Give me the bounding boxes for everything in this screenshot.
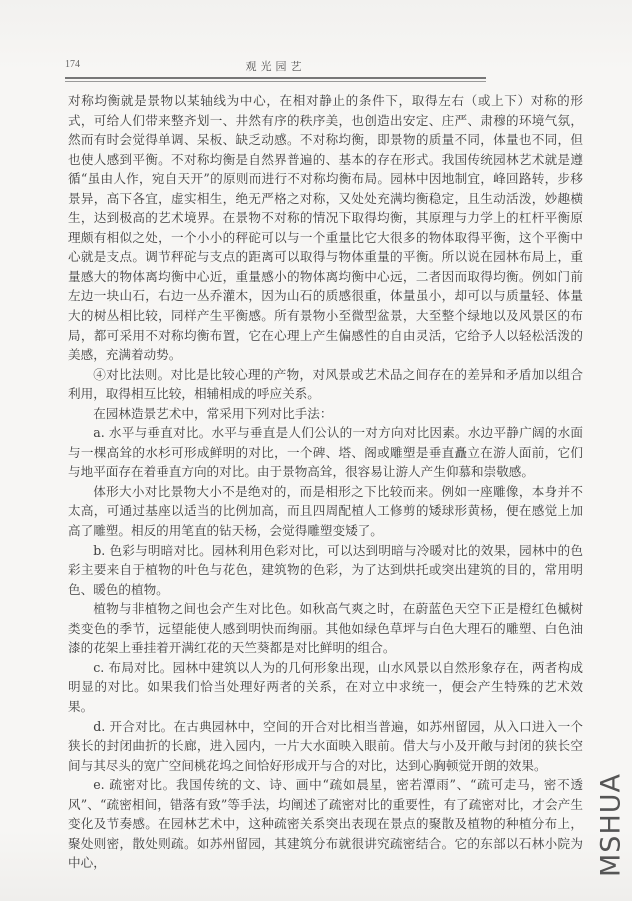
paragraph: 体形大小对比景物大小不是绝对的，而是相形之下比较而来。例如一座雕像，本身并不太高… xyxy=(68,482,583,541)
paragraph: 对称均衡就是景物以某轴线为中心，在相对静止的条件下，取得左右（或上下）对称的形式… xyxy=(68,91,583,365)
paragraph: b. 色彩与明暗对比。园林利用色彩对比，可以达到明暗与冷暖对比的效果，园林中的色… xyxy=(68,541,583,600)
running-title: 观光园艺 xyxy=(65,58,486,74)
paragraph: e. 疏密对比。我国传统的文、诗、画中“疏如晨星，密若潭雨”、“疏可走马，密不透… xyxy=(68,775,583,873)
header-rule-thick xyxy=(65,77,486,79)
body-text: 对称均衡就是景物以某轴线为中心，在相对静止的条件下，取得左右（或上下）对称的形式… xyxy=(68,91,583,873)
watermark: MSHUA xyxy=(596,760,626,890)
paragraph: a. 水平与垂直对比。水平与垂直是人们公认的一对方向对比因素。水边平静广阔的水面… xyxy=(68,423,583,482)
page-header: 174 观光园艺 xyxy=(65,59,486,75)
paragraph: d. 开合对比。在古典园林中，空间的开合对比相当普遍，如苏州留园，从入口进入一个… xyxy=(68,717,583,776)
watermark-text: MSHUA xyxy=(596,773,627,877)
document-page: 174 观光园艺 对称均衡就是景物以某轴线为中心，在相对静止的条件下，取得左右（… xyxy=(0,0,632,901)
paragraph: ④对比法则。对比是比较心理的产物，对风景或艺术品之间存在的差异和矛盾加以组合利用… xyxy=(68,365,583,404)
header-rule-thin xyxy=(65,81,486,82)
paragraph: 在园林造景艺术中，常采用下列对比手法： xyxy=(68,404,583,424)
paragraph: 植物与非植物之间也会产生对比色。如秋高气爽之时，在蔚蓝色天空下正是橙红色槭树类变… xyxy=(68,599,583,658)
paragraph: c. 布局对比。园林中建筑以人为的几何形象出现，山水风景以自然形象存在，两者构成… xyxy=(68,658,583,717)
